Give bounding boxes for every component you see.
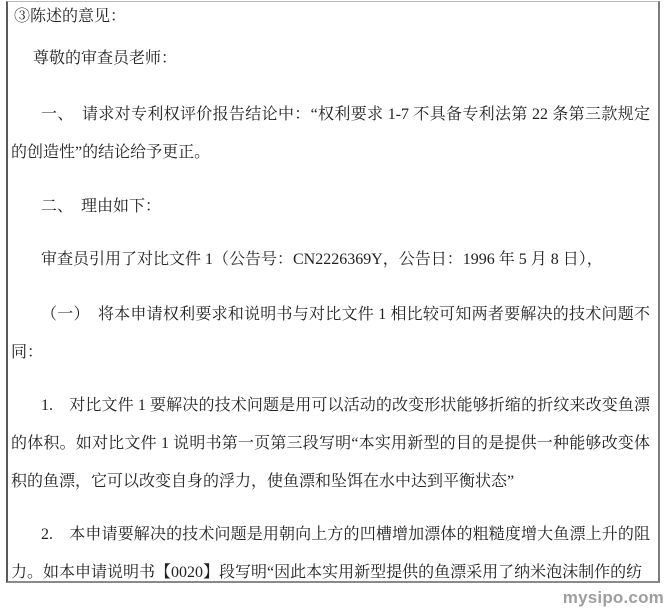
document-frame: ③陈述的意见： 尊敬的审查员老师： 一、 请求对专利权评价报告结论中：“权利要求… <box>6 1 660 583</box>
paragraph-application-technical-problem: 2. 本申请要解决的技术问题是用朝向上方的凹槽增加漂体的粗糙度增大鱼漂上升的阻力… <box>11 516 650 583</box>
paragraph-d1-technical-problem: 1. 对比文件 1 要解决的技术问题是用可以活动的改变形状能够折缩的折纹来改变鱼… <box>11 387 650 501</box>
paragraph-request-correction: 一、 请求对专利权评价报告结论中：“权利要求 1-7 不具备专利法第 22 条第… <box>11 96 650 172</box>
page: ③陈述的意见： 尊敬的审查员老师： 一、 请求对专利权评价报告结论中：“权利要求… <box>0 0 671 614</box>
paragraph-cited-document: 审查员引用了对比文件 1（公告号：CN2226369Y，公告日：1996 年 5… <box>11 241 650 279</box>
salutation-line: 尊敬的审查员老师： <box>11 40 650 78</box>
section-heading: ③陈述的意见： <box>11 2 650 32</box>
watermark: mysipo.com <box>563 588 664 608</box>
paragraph-comparison-intro: （一） 将本申请权利要求和说明书与对比文件 1 相比较可知两者要解决的技术问题不… <box>11 296 650 372</box>
paragraph-reasons-heading: 二、 理由如下： <box>11 188 650 226</box>
